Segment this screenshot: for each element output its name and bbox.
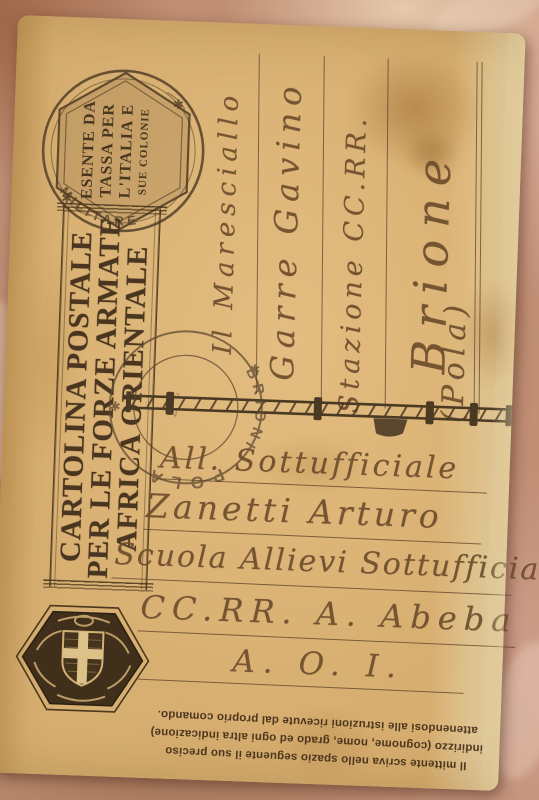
photo-of-postcard: MILITARE ✱ ✱ ESENTE DA TASSA PER L'ITALI… <box>0 0 539 800</box>
recipient-handwriting-corps: CC.RR. A. Abeba <box>140 588 518 640</box>
franchise-line-1: ESENTE DA <box>78 100 99 200</box>
recipient-handwriting-territory: A. O. I. <box>232 643 405 685</box>
stamp-star-icon: ✱ <box>173 97 185 112</box>
postmark-date: 2 7 <box>163 391 182 421</box>
sender-ruled-line <box>385 59 389 409</box>
sender-handwriting-station: Stazione CC.RR. <box>334 113 373 413</box>
sender-ruled-line-double <box>474 62 483 414</box>
postmark-star-icon: ✱ <box>249 362 261 377</box>
savoy-emblem <box>10 597 154 720</box>
postcard: MILITARE ✱ ✱ ESENTE DA TASSA PER L'ITALI… <box>0 15 526 791</box>
franchise-line-2: TASSA PER <box>97 103 117 198</box>
sender-handwriting-title: Il Maresciallo <box>208 89 245 355</box>
postmark-star-icon: ✱ <box>110 399 122 414</box>
svg-text:BRIONI: BRIONI <box>239 364 271 456</box>
postmark-office: BRIONI <box>239 364 271 456</box>
recipient-handwriting-name: Zanetti Arturo <box>145 486 443 536</box>
franchise-line-3: L'ITALIA E <box>116 103 136 198</box>
sender-instructions: Il mittente scriva nello spazio seguente… <box>123 703 511 776</box>
sender-ruled-line <box>321 56 325 402</box>
fasces-axe-icon <box>373 418 408 437</box>
